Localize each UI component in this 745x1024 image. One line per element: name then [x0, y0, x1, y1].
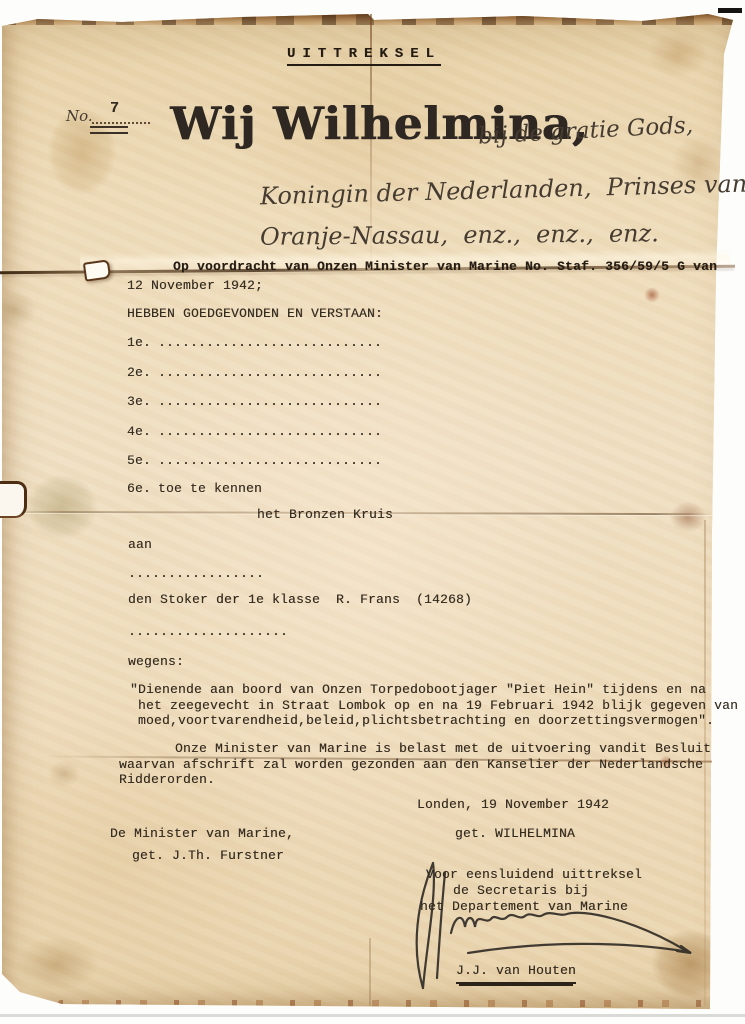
award-name: het Bronzen Kruis	[257, 507, 393, 523]
royal-title-line3: Oranje-Nassau, enz., enz., enz.	[260, 219, 659, 250]
execution-line3: Ridderorden.	[119, 772, 215, 788]
citation-line2: het zeegevecht in Straat Lombok op en na…	[138, 698, 738, 714]
document-number-label: No.	[66, 107, 93, 125]
scanner-mark	[718, 8, 742, 13]
item-text: ............................	[158, 453, 382, 468]
extract-heading: UITTREKSEL	[287, 46, 441, 66]
list-item: 5e.............................	[127, 453, 382, 469]
dotted-line: .................	[128, 566, 264, 582]
list-item: 4e.............................	[127, 424, 382, 440]
decision-heading: HEBBEN GOEDGEVONDEN EN VERSTAAN:	[127, 306, 383, 322]
minister-signature-line: get. J.Th. Furstner	[132, 848, 284, 864]
scanned-document: UITTREKSEL No. 7 Wij Wilhelmina, bij de …	[0, 0, 745, 1024]
item-text: ............................	[158, 394, 382, 409]
item-label: 4e.	[127, 424, 158, 440]
item-label: 1e.	[127, 335, 158, 351]
preamble-line1: Op voordracht van Onzen Minister van Mar…	[173, 259, 717, 275]
item-text: toe te kennen	[158, 481, 262, 496]
list-item: 6e.toe te kennen	[127, 481, 262, 497]
item-label: 3e.	[127, 394, 158, 410]
item-text: ............................	[158, 335, 382, 350]
execution-line1: Onze Minister van Marine is belast met d…	[175, 741, 711, 757]
place-date: Londen, 19 November 1942	[417, 797, 609, 813]
item-label: 5e.	[127, 453, 158, 469]
item-label: 2e.	[127, 365, 158, 381]
item-text: ............................	[158, 365, 382, 380]
wegens-label: wegens:	[128, 654, 184, 670]
dotted-line: ....................	[128, 624, 288, 640]
list-item: 2e.............................	[127, 365, 382, 381]
document-number-dotted-line	[92, 104, 150, 124]
secretary-name: J.J. van Houten	[456, 963, 576, 984]
recipient-line: den Stoker der 1e klasse R. Frans (14268…	[128, 592, 472, 608]
citation-line1: "Dienende aan boord van Onzen Torpedoboo…	[130, 682, 706, 698]
execution-line2: waarvan afschrift zal worden gezonden aa…	[119, 757, 703, 773]
document-number-value: 7	[110, 101, 119, 117]
preamble-line2: 12 November 1942;	[127, 278, 263, 294]
document-number-underline	[90, 126, 128, 134]
citation-line3: moed,voortvarendheid,beleid,plichtsbetra…	[138, 713, 714, 729]
item-text: ............................	[158, 424, 382, 439]
minister-title: De Minister van Marine,	[110, 826, 294, 842]
list-item: 3e.............................	[127, 394, 382, 410]
scanner-edge-shadow	[0, 1014, 745, 1017]
royal-signature-line: get. WILHELMINA	[455, 826, 575, 842]
aan-label: aan	[128, 537, 152, 553]
list-item: 1e.............................	[127, 335, 382, 351]
item-label: 6e.	[127, 481, 158, 497]
